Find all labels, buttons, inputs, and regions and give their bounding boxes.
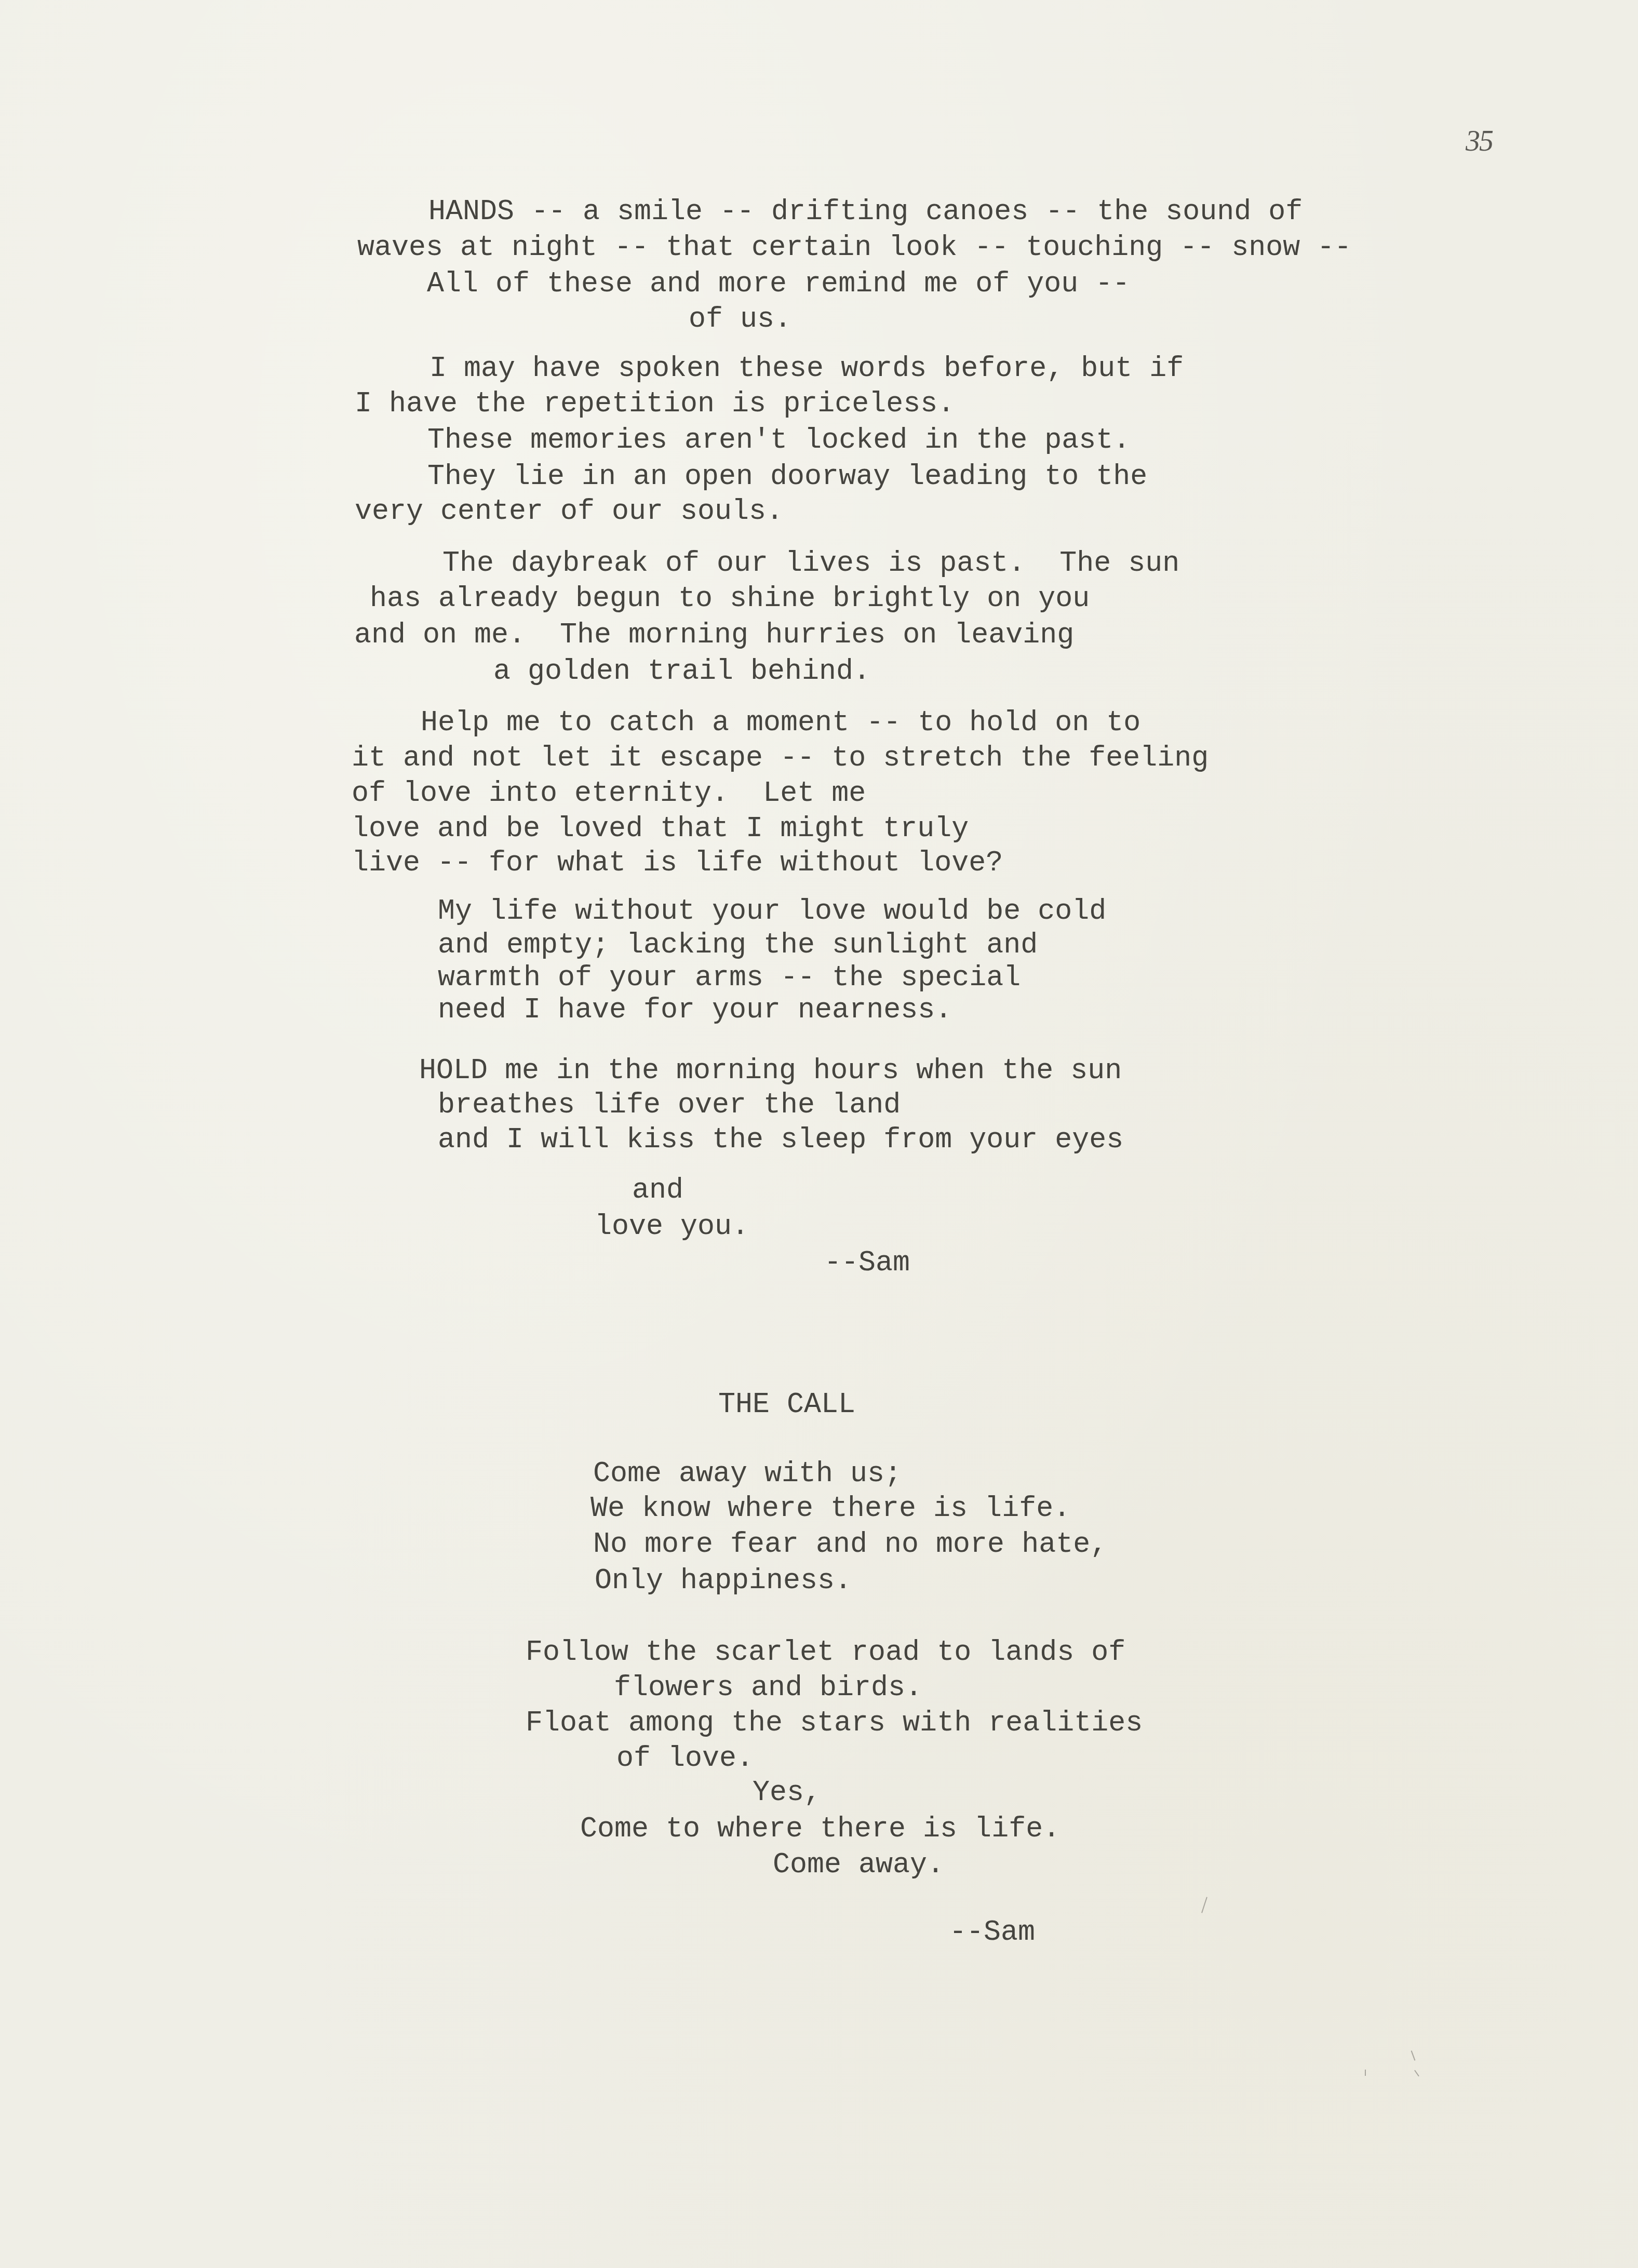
poem-line: love and be loved that I might truly [352,811,969,847]
page-number: 35 [1466,124,1493,159]
document-page: 35 HANDS -- a smile -- drifting canoes -… [0,0,1638,2268]
poem-line: love you. [595,1209,749,1244]
poem-line: Come away. [773,1847,944,1883]
poem-line: and on me. The morning hurries on leavin… [354,618,1074,653]
poem-line: My life without your love would be cold [438,894,1106,929]
poem-line: HOLD me in the morning hours when the su… [419,1053,1122,1089]
poem-line: flowers and birds. [614,1670,922,1706]
poem-line: and I will kiss the sleep from your eyes [438,1122,1123,1158]
poem-line: it and not let it escape -- to stretch t… [352,741,1209,776]
poem-line: waves at night -- that certain look -- t… [357,230,1351,265]
poem-line: All of these and more remind me of you -… [427,266,1130,302]
poem-line: a golden trail behind. [493,654,870,689]
poem-line: Come to where there is life. [580,1811,1060,1847]
poem-line: very center of our souls. [355,494,783,529]
paper-speck [1365,2070,1366,2076]
poem-line: and [632,1173,683,1208]
poem-line: Float among the stars with realities [526,1706,1143,1741]
poem-line: We know where there is life. [590,1491,1070,1526]
poem-line: and empty; lacking the sunlight and [438,928,1038,963]
poem-line: Only happiness. [595,1563,852,1599]
paper-speck [1414,2070,1419,2077]
poem-line: need I have for your nearness. [438,992,952,1028]
poem-line: has already begun to shine brightly on y… [370,581,1090,616]
paper-speck [1201,1897,1207,1913]
poem-line: No more fear and no more hate, [593,1527,1107,1562]
poem-line: of love into eternity. Let me [352,776,866,811]
paper-speck [1411,2050,1416,2060]
poem-line: Help me to catch a moment -- to hold on … [421,705,1140,741]
poem-line: These memories aren't locked in the past… [427,423,1130,458]
poem-line: live -- for what is life without love? [352,846,1003,881]
poem-line: The daybreak of our lives is past. The s… [442,546,1179,581]
poem-line: Yes, [753,1775,821,1810]
poem-line: warmth of your arms -- the special [438,960,1021,996]
poem-line: HANDS -- a smile -- drifting canoes -- t… [428,194,1303,230]
poem-line: of us. [689,302,791,337]
poem-line: Come away with us; [593,1456,902,1492]
poem-line: breathes life over the land [438,1088,901,1123]
signature: --Sam [949,1915,1035,1950]
poem-line: Follow the scarlet road to lands of [526,1635,1125,1670]
poem-line: I may have spoken these words before, bu… [429,351,1184,386]
poem-line: I have the repetition is priceless. [355,386,955,422]
poem-title: THE CALL [718,1387,855,1422]
poem-line: of love. [616,1741,754,1776]
signature: --Sam [824,1245,910,1281]
poem-line: They lie in an open doorway leading to t… [427,459,1147,494]
